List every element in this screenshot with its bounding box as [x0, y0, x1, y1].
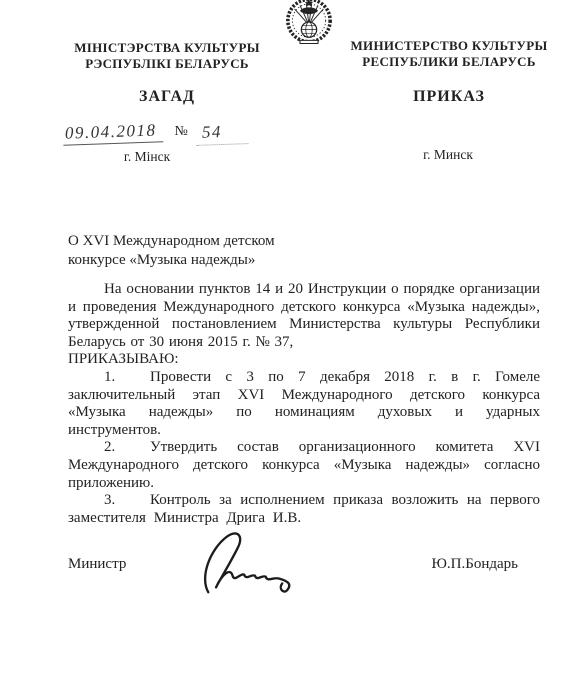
handwritten-signature-icon: [194, 528, 312, 600]
number-sign: №: [175, 124, 188, 139]
item-2-number: 2.: [104, 439, 150, 457]
item-3-number: 3.: [104, 492, 150, 510]
doc-type-russian: ПРИКАЗ: [340, 88, 558, 106]
preamble-paragraph: На основании пунктов 14 и 20 Инструкции …: [68, 281, 540, 351]
decree-word: ПРИКАЗЫВАЮ:: [68, 351, 540, 369]
order-body: На основании пунктов 14 и 20 Инструкции …: [68, 281, 540, 527]
org-name-by-line1: МІНІСТЭРСТВА КУЛЬТУРЫ: [58, 40, 276, 56]
subject-line1: О XVI Международном детском: [68, 232, 275, 251]
date-number-line: 09.04.2018№54: [63, 122, 248, 145]
signer-name: Ю.П.Бондарь: [431, 556, 518, 573]
order-item-2: 2.Утвердить состав организационного коми…: [68, 439, 540, 492]
item-1-number: 1.: [104, 369, 150, 387]
document-page: МІНІСТЭРСТВА КУЛЬТУРЫ РЭСПУБЛІКІ БЕЛАРУС…: [0, 0, 578, 676]
doc-type-belarusian: ЗАГАД: [58, 88, 276, 106]
org-name-russian: МИНИСТЕРСТВО КУЛЬТУРЫ РЕСПУБЛИКИ БЕЛАРУС…: [340, 38, 558, 70]
order-item-3: 3.Контроль за исполнением приказа возлож…: [68, 492, 540, 527]
signer-title: Министр: [68, 556, 126, 573]
org-name-by-line2: РЭСПУБЛІКІ БЕЛАРУСЬ: [58, 56, 276, 72]
org-name-ru-line1: МИНИСТЕРСТВО КУЛЬТУРЫ: [340, 38, 558, 54]
handwritten-date: 09.04.2018: [63, 120, 163, 145]
subject-line2: конкурсе «Музыка надежды»: [68, 251, 275, 270]
city-russian: г. Минск: [393, 147, 503, 163]
org-name-ru-line2: РЕСПУБЛИКИ БЕЛАРУСЬ: [340, 54, 558, 70]
handwritten-number: 54: [195, 121, 248, 146]
org-name-belarusian: МІНІСТЭРСТВА КУЛЬТУРЫ РЭСПУБЛІКІ БЕЛАРУС…: [58, 40, 276, 72]
subject-block: О XVI Международном детском конкурсе «Му…: [68, 232, 275, 270]
city-belarusian: г. Мінск: [92, 149, 202, 165]
belarus-coat-of-arms-icon: [282, 0, 336, 46]
order-item-1: 1.Провести с 3 по 7 декабря 2018 г. в г.…: [68, 369, 540, 439]
signature-block: Министр Ю.П.Бондарь: [68, 528, 540, 600]
